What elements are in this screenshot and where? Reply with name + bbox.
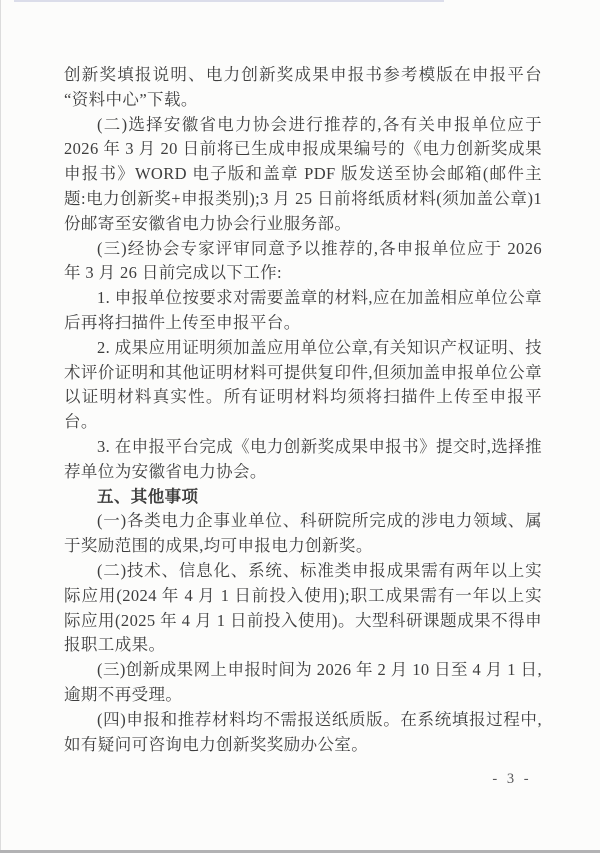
paragraph-item-2-recommendation: (二)选择安徽省电力协会进行推荐的,各有关申报单位应于 2026 年 3 月 2… (64, 113, 542, 237)
page-number: - 3 - (452, 771, 572, 788)
scan-edge-left (0, 0, 1, 853)
paragraph-other-4-contact: (四)申报和推荐材料均不需报送纸质版。在系统填报过程中,如有疑问可咨询电力创新奖… (64, 708, 542, 758)
paragraph-other-1-eligibility: (一)各类电力企事业单位、科研院所完成的涉电力领域、属于奖励范围的成果,均可申报… (64, 509, 542, 559)
paragraph-subitem-2-proof: 2. 成果应用证明须加盖应用单位公章,有关知识产权证明、技术评价证明和其他证明材… (64, 336, 542, 435)
scan-edge-top (14, 0, 444, 2)
document-body: 创新奖填报说明、电力创新奖成果申报书参考模版在申报平台“资料中心”下载。 (二)… (64, 63, 542, 757)
paragraph-item-3-review: (三)经协会专家评审同意予以推荐的,各申报单位应于 2026 年 3 月 26 … (64, 237, 542, 287)
scanned-document-page: 创新奖填报说明、电力创新奖成果申报书参考模版在申报平台“资料中心”下载。 (二)… (0, 0, 600, 853)
paragraph-continuation: 创新奖填报说明、电力创新奖成果申报书参考模版在申报平台“资料中心”下载。 (64, 63, 542, 113)
section-heading-other-matters: 五、其他事项 (64, 485, 542, 510)
paragraph-other-2-application-period: (二)技术、信息化、系统、标准类申报成果需有两年以上实际应用(2024 年 4 … (64, 559, 542, 658)
paragraph-subitem-3-submit: 3. 在申报平台完成《电力创新奖成果申报书》提交时,选择推荐单位为安徽省电力协会… (64, 435, 542, 485)
paragraph-other-3-deadline: (三)创新成果网上申报时间为 2026 年 2 月 10 日至 4 月 1 日,… (64, 658, 542, 708)
paragraph-subitem-1-seal: 1. 申报单位按要求对需要盖章的材料,应在加盖相应单位公章后再将扫描件上传至申报… (64, 286, 542, 336)
